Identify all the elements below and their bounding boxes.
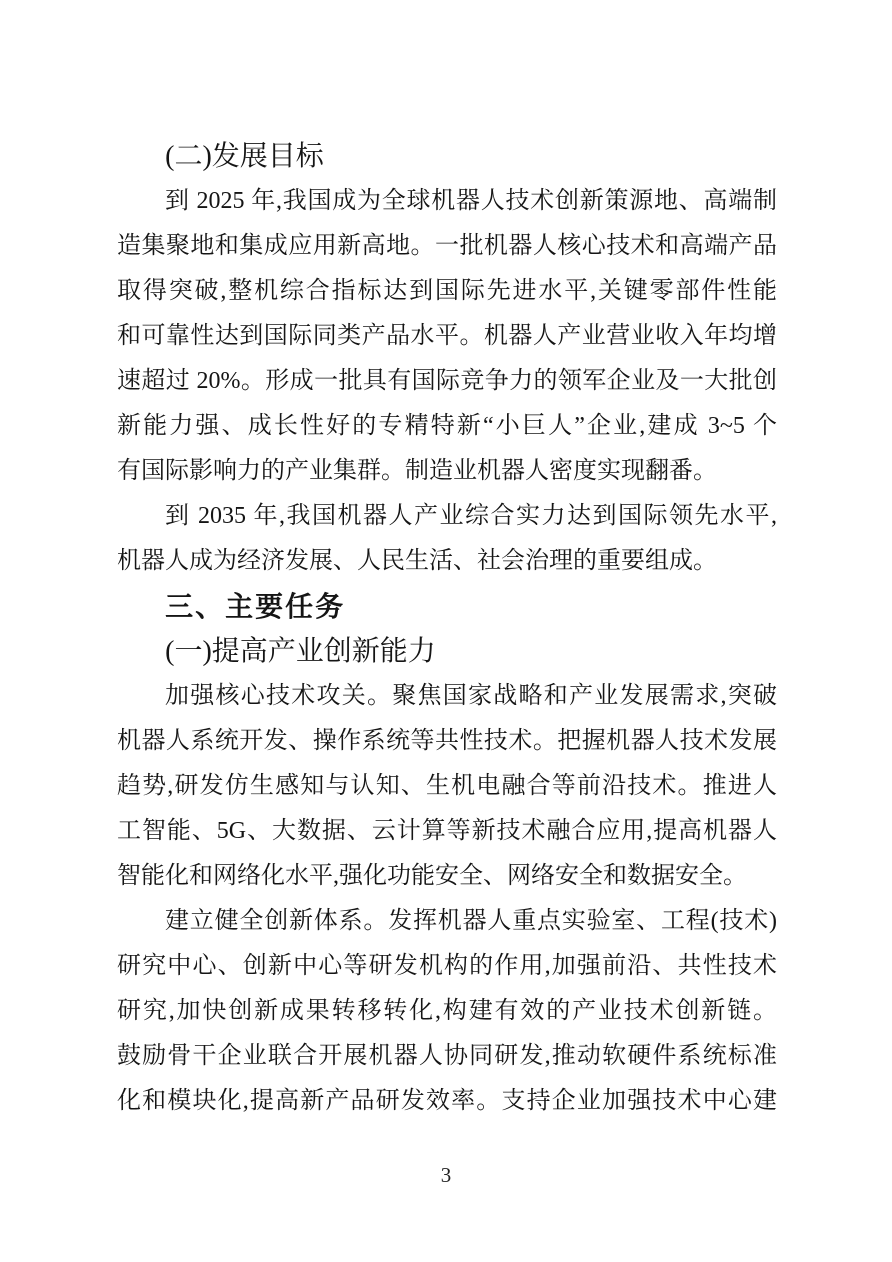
document-page: (二)发展目标 到 2025 年,我国成为全球机器人技术创新策源地、高端制 造集… [0,0,892,1262]
text-line: 趋势,研发仿生感知与认知、生机电融合等前沿技术。推进人 [117,764,777,809]
paragraph-2025-goals: 到 2025 年,我国成为全球机器人技术创新策源地、高端制 造集聚地和集成应用新… [117,179,777,494]
text-line: 鼓励骨干企业联合开展机器人协同研发,推动软硬件系统标准 [117,1034,777,1079]
text-line: 研究中心、创新中心等研发机构的作用,加强前沿、共性技术 [117,944,777,989]
text-line: 机器人成为经济发展、人民生活、社会治理的重要组成。 [117,539,777,584]
page-number: 3 [0,1162,892,1188]
text-line: 到 2025 年,我国成为全球机器人技术创新策源地、高端制 [117,179,777,224]
paragraph-2035-goals: 到 2035 年,我国机器人产业综合实力达到国际领先水平, 机器人成为经济发展、… [117,494,777,584]
text-line: 到 2035 年,我国机器人产业综合实力达到国际领先水平, [117,494,777,539]
text-line: 造集聚地和集成应用新高地。一批机器人核心技术和高端产品 [117,224,777,269]
text-line: 新能力强、成长性好的专精特新“小巨人”企业,建成 3~5 个 [117,404,777,449]
text-line: 加强核心技术攻关。聚焦国家战略和产业发展需求,突破 [117,674,777,719]
text-line: 智能化和网络化水平,强化功能安全、网络安全和数据安全。 [117,854,777,899]
heading-improve-innovation: (一)提高产业创新能力 [117,629,777,674]
text-line: 有国际影响力的产业集群。制造业机器人密度实现翻番。 [117,449,777,494]
paragraph-core-technology: 加强核心技术攻关。聚焦国家战略和产业发展需求,突破 机器人系统开发、操作系统等共… [117,674,777,899]
text-line: 工智能、5G、大数据、云计算等新技术融合应用,提高机器人 [117,809,777,854]
document-body: (二)发展目标 到 2025 年,我国成为全球机器人技术创新策源地、高端制 造集… [117,134,777,1124]
text-line: 和可靠性达到国际同类产品水平。机器人产业营业收入年均增 [117,314,777,359]
heading-development-goals: (二)发展目标 [117,134,777,179]
text-line: 速超过 20%。形成一批具有国际竞争力的领军企业及一大批创 [117,359,777,404]
text-line: 化和模块化,提高新产品研发效率。支持企业加强技术中心建 [117,1079,777,1124]
text-line: 取得突破,整机综合指标达到国际先进水平,关键零部件性能 [117,269,777,314]
heading-main-tasks: 三、主要任务 [117,584,777,629]
text-line: 研究,加快创新成果转移转化,构建有效的产业技术创新链。 [117,989,777,1034]
text-line: 建立健全创新体系。发挥机器人重点实验室、工程(技术) [117,899,777,944]
text-line: 机器人系统开发、操作系统等共性技术。把握机器人技术发展 [117,719,777,764]
paragraph-innovation-system: 建立健全创新体系。发挥机器人重点实验室、工程(技术) 研究中心、创新中心等研发机… [117,899,777,1124]
